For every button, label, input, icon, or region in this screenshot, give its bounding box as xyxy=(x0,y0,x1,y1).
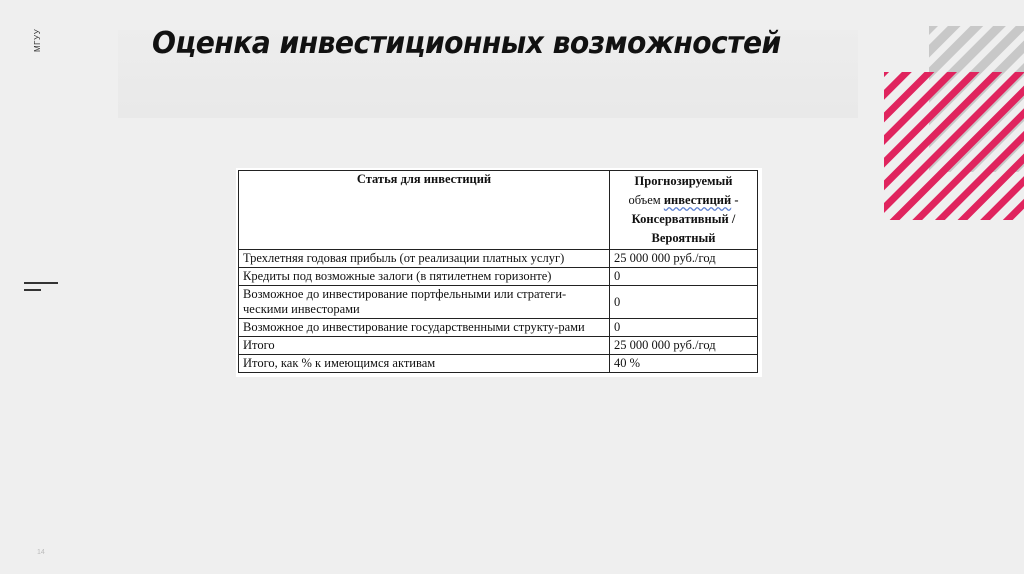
header-forecast: Прогнозируемый объем инвестиций - Консер… xyxy=(610,171,758,250)
table-row: Итого, как % к имеющимся активам40 % xyxy=(239,355,758,373)
org-label: МГУУ xyxy=(33,29,42,52)
investment-table-image: Статья для инвестиций Прогнозируемый объ… xyxy=(236,168,762,377)
row-value: 25 000 000 руб./год xyxy=(610,250,758,268)
table-row: Возможное до инвестирование портфельными… xyxy=(239,286,758,319)
row-value: 40 % xyxy=(610,355,758,373)
row-value: 0 xyxy=(610,319,758,337)
row-value: 0 xyxy=(610,268,758,286)
row-item: Возможное до инвестирование портфельными… xyxy=(239,286,610,319)
menu-lines-icon xyxy=(24,282,58,296)
slide: МГУУ Оценка инвестиционных возможностей … xyxy=(0,0,1024,574)
header-item: Статья для инвестиций xyxy=(239,171,610,250)
row-value: 0 xyxy=(610,286,758,319)
row-item: Кредиты под возможные залоги (в пятилетн… xyxy=(239,268,610,286)
table-row: Итого25 000 000 руб./год xyxy=(239,337,758,355)
row-item: Трехлетняя годовая прибыль (от реализаци… xyxy=(239,250,610,268)
row-item: Возможное до инвестирование государствен… xyxy=(239,319,610,337)
investment-table: Статья для инвестиций Прогнозируемый объ… xyxy=(238,170,758,373)
page-number: 14 xyxy=(37,549,45,556)
row-item: Итого, как % к имеющимся активам xyxy=(239,355,610,373)
table-row: Кредиты под возможные залоги (в пятилетн… xyxy=(239,268,758,286)
row-item: Итого xyxy=(239,337,610,355)
table-row: Трехлетняя годовая прибыль (от реализаци… xyxy=(239,250,758,268)
row-value: 25 000 000 руб./год xyxy=(610,337,758,355)
table-header-row: Статья для инвестиций Прогнозируемый объ… xyxy=(239,171,758,250)
slide-title: Оценка инвестиционных возможностей xyxy=(152,26,781,61)
table-row: Возможное до инвестирование государствен… xyxy=(239,319,758,337)
striped-decoration-icon xyxy=(880,26,1024,220)
